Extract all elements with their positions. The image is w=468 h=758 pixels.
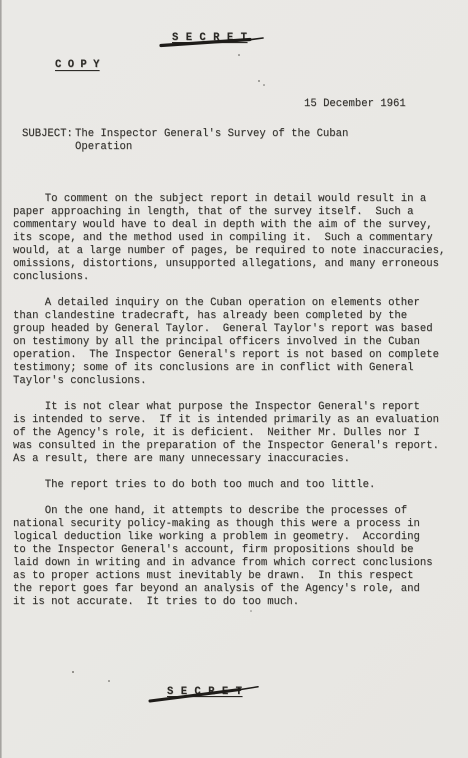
paragraph-5: On the one hand, it attempts to describe… <box>13 505 433 609</box>
paragraph-2: A detailed inquiry on the Cuban operatio… <box>13 297 439 388</box>
date-line: 15 December 1961 <box>304 98 406 111</box>
paper-speck <box>250 610 252 612</box>
copy-label: C O P Y <box>55 59 100 72</box>
paper-speck <box>238 54 240 56</box>
scan-edge-shadow <box>0 0 2 758</box>
subject-label: SUBJECT: <box>22 128 73 141</box>
strike-line-top-tip <box>246 38 263 40</box>
subject-text: The Inspector General's Survey of the Cu… <box>75 128 348 154</box>
paper-speck <box>108 680 110 682</box>
memo-page: S E C R E T C O P Y 15 December 1961 SUB… <box>0 0 468 758</box>
paper-speck <box>263 84 265 86</box>
paragraph-1: To comment on the subject report in deta… <box>13 193 445 284</box>
classification-stamp-bottom: S E C R E T <box>167 686 242 699</box>
paper-speck <box>72 671 74 673</box>
paragraph-4: The report tries to do both too much and… <box>13 479 375 492</box>
paragraph-3: It is not clear what purpose the Inspect… <box>13 401 439 466</box>
classification-stamp-top: S E C R E T <box>172 32 247 45</box>
paper-speck <box>258 80 260 82</box>
